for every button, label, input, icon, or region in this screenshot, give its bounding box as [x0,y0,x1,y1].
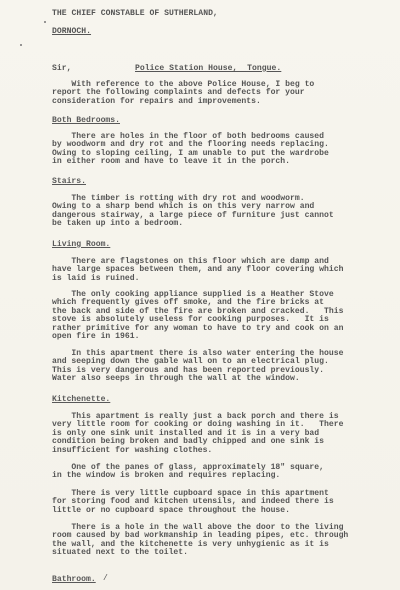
kitchenette-paragraph-1: This apartment is really just a back por… [52,413,382,455]
text-line: insufficient for washing clothes. [52,447,382,455]
text-line: be taken up into a bedroom. [52,220,382,228]
document-page: THE CHIEF CONSTABLE OF SUTHERLAND, DORNO… [0,0,400,590]
section-heading-kitchenette: Kitchenette. [52,395,110,404]
subject-line: Police Station House, Tongue. [135,65,281,73]
kitchenette-paragraph-2: One of the panes of glass, approximately… [52,464,382,481]
text-line: consideration for repairs and improvemen… [52,98,382,106]
kitchenette-paragraph-3: There is very little cupboard space in t… [52,490,382,515]
text-line: open fire in 1961. [52,333,382,341]
text-line: in the window is broken and requires rep… [52,472,382,480]
text-line: situated next to the toilet. [52,549,382,557]
section-heading-stairs: Stairs. [52,177,86,186]
text-line: Water also seeps in through the wall at … [52,375,382,383]
ink-speck [44,21,46,23]
ink-speck [20,44,22,46]
section-heading-bathroom: Bathroom. [52,575,96,584]
text-line: is laid is ruined. [52,275,382,283]
stairs-paragraph: The timber is rotting with dry rot and w… [52,195,382,229]
location: DORNOCH. [52,28,91,36]
section-heading-bedrooms: Both Bedrooms. [52,116,120,125]
bedrooms-paragraph: There are holes in the floor of both bed… [52,133,382,167]
living-room-paragraph-2: The only cooking appliance supplied is a… [52,291,382,342]
section-heading-living-room: Living Room. [52,240,110,249]
salutation: Sir, [52,65,72,73]
text-line: in either room and have to leave it in t… [52,158,382,166]
continuation-mark: / [103,575,108,583]
addressee: THE CHIEF CONSTABLE OF SUTHERLAND, [52,10,218,18]
text-line: little or no cupboard space throughout t… [52,507,382,515]
living-room-paragraph-1: There are flagstones on this floor which… [52,258,382,283]
living-room-paragraph-3: In this apartment there is also water en… [52,350,382,384]
kitchenette-paragraph-4: There is a hole in the wall above the do… [52,524,382,558]
intro-paragraph: With reference to the above Police House… [52,81,382,106]
